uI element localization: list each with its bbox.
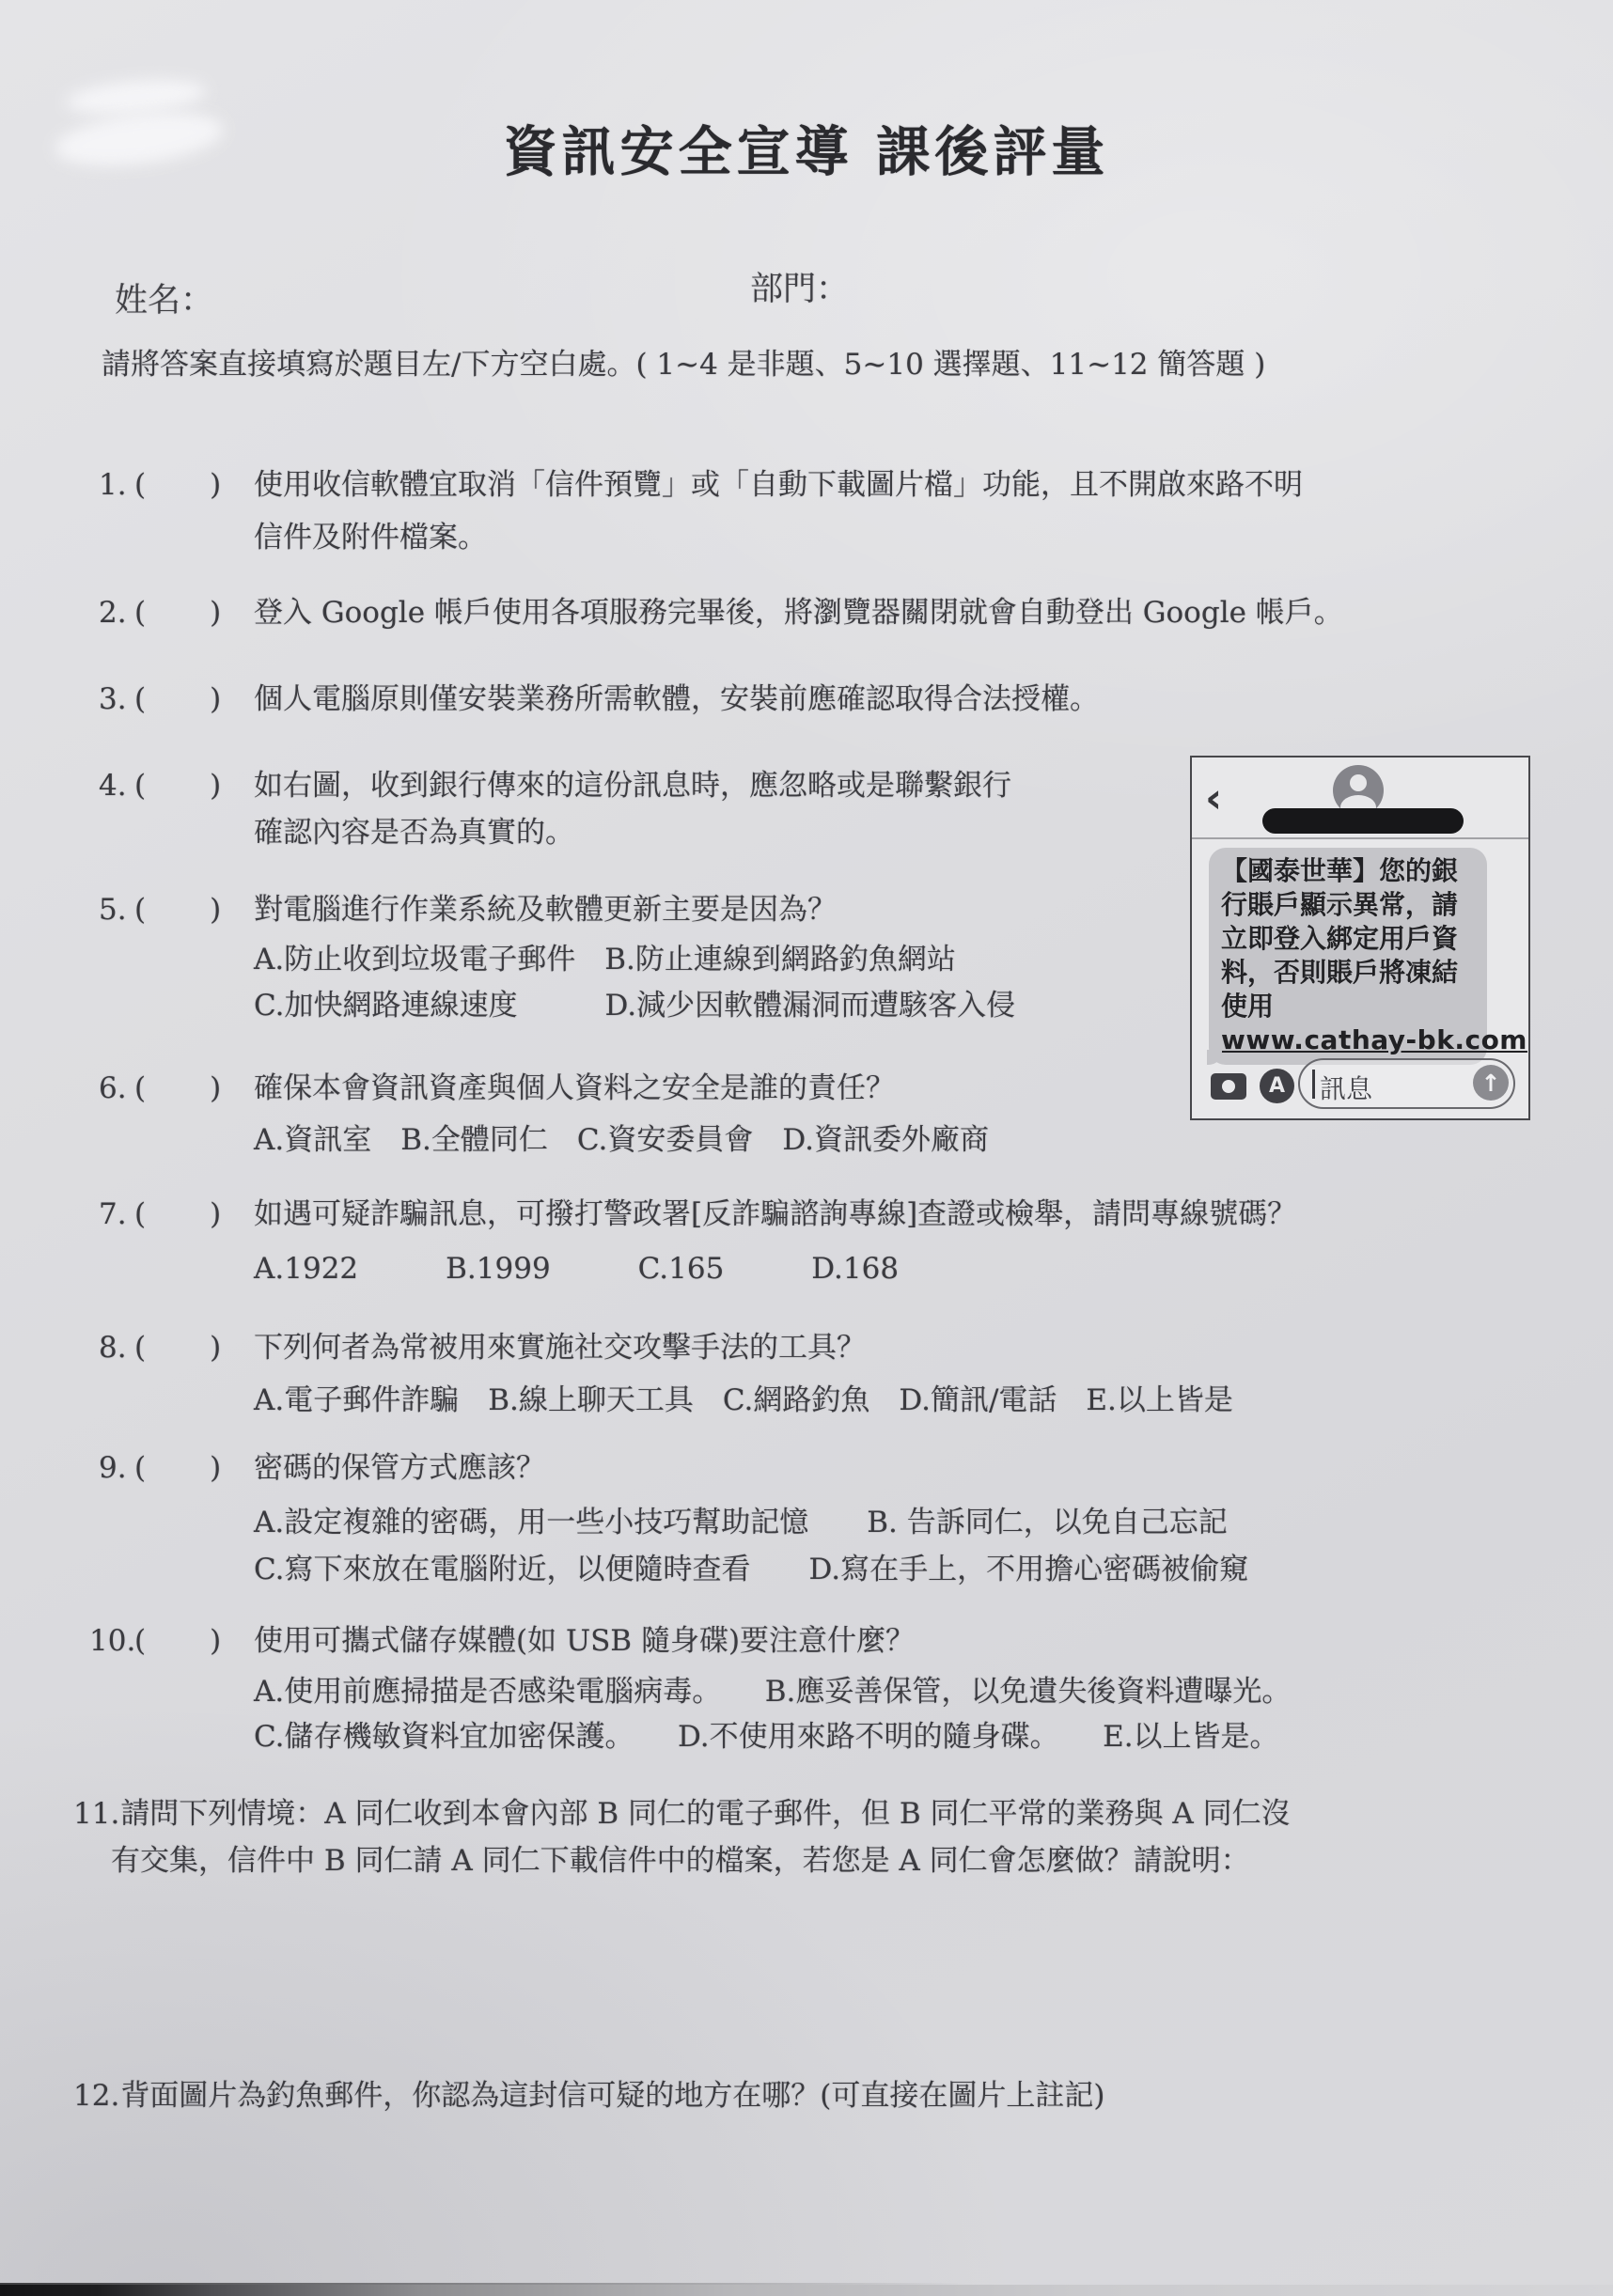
option-line: C.寫下來放在電腦附近，以便隨時查看 D.寫在手上，不用擔心密碼被偷窺	[254, 1553, 1248, 1587]
document-content: 資訊安全宣導 課後評量 姓名： 部門： 請將答案直接填寫於題目左/下方空白處。(…	[0, 0, 1613, 2296]
question-12: 12. 背面圖片為釣魚郵件，你認為這封信可疑的地方在哪？(可直接在圖片上註記)	[73, 2079, 1105, 2114]
instructions-text: 請將答案直接填寫於題目左/下方空白處。( 1~4 是非題、5~10 選擇題、11…	[102, 340, 1265, 383]
question-number: 10.	[89, 1624, 134, 1659]
question-text: 如遇可疑詐騙訊息，可撥打警政署[反詐騙諮詢專線]查證或檢舉，請問專線號碼？	[254, 1197, 1296, 1232]
camera-lens	[1222, 1080, 1235, 1093]
answer-blank: ( )	[134, 468, 254, 503]
question-number: 4.	[99, 769, 134, 804]
question-5: 5. ( ) 對電腦進行作業系統及軟體更新主要是因為？ A.防止收到垃圾電子郵件…	[99, 893, 1015, 1023]
answer-blank: ( )	[134, 1624, 254, 1659]
question-number: 1.	[99, 468, 134, 503]
question-text: 密碼的保管方式應該？	[254, 1451, 545, 1486]
question-text: 使用收信軟體宜取消「信件預覽」或「自動下載圖片檔」功能，且不開啟來路不明	[254, 468, 1303, 503]
message-input-placeholder: 訊息	[1320, 1069, 1372, 1106]
option-line: C.儲存機敏資料宜加密保護。 D.不使用來路不明的隨身碟。 E.以上皆是。	[254, 1720, 1291, 1755]
answer-blank: ( )	[134, 1071, 254, 1106]
phone-screenshot: ‹ 【國泰世華】您的銀 行賬戶顯示異常，請 立即登入綁定用戶資 料，否則賬戶將凍…	[1190, 756, 1530, 1120]
send-button: ↑	[1473, 1065, 1509, 1101]
option-line: A.1922 B.1999 C.165 D.168	[254, 1252, 1296, 1287]
question-number: 7.	[99, 1197, 134, 1232]
question-text: 背面圖片為釣魚郵件，你認為這封信可疑的地方在哪？(可直接在圖片上註記)	[120, 2079, 1104, 2114]
phishing-link: www.cathay-bk.com	[1221, 1023, 1475, 1057]
back-icon: ‹	[1205, 778, 1222, 820]
option-line: A.電子郵件詐騙 B.線上聊天工具 C.網路釣魚 D.簡訊/電話 E.以上皆是	[254, 1383, 1233, 1418]
question-number: 3.	[99, 682, 134, 717]
question-number: 2.	[99, 596, 134, 631]
divider	[1192, 837, 1528, 839]
send-arrow-icon: ↑	[1481, 1070, 1501, 1097]
department-label: 部門：	[750, 263, 849, 310]
redacted-phone-number	[1262, 808, 1464, 834]
question-text: 登入 Google 帳戶使用各項服務完畢後，將瀏覽器關閉就會自動登出 Googl…	[254, 596, 1343, 631]
answer-blank: ( )	[134, 769, 254, 804]
sms-text-line: 使用	[1221, 990, 1475, 1023]
question-2: 2. ( ) 登入 Google 帳戶使用各項服務完畢後，將瀏覽器關閉就會自動登…	[99, 596, 1343, 631]
option-line: A.防止收到垃圾電子郵件 B.防止連線到網路釣魚網站	[254, 943, 1015, 977]
sms-text-line: 料，否則賬戶將凍結	[1221, 956, 1475, 990]
message-input: 訊息 ↑	[1298, 1058, 1515, 1109]
question-11: 11. 請問下列情境：A 同仁收到本會內部 B 同仁的電子郵件，但 B 同仁平常…	[73, 1797, 1291, 1879]
question-number: 5.	[99, 893, 134, 928]
question-text: 使用可攜式儲存媒體(如 USB 隨身碟)要注意什麼？	[254, 1624, 915, 1659]
answer-blank: ( )	[134, 893, 254, 928]
question-number: 6.	[99, 1071, 134, 1106]
question-text: 確保本會資訊資產與個人資料之安全是誰的責任？	[254, 1071, 895, 1106]
question-text: 有交集，信件中 B 同仁請 A 同仁下載信件中的檔案，若您是 A 同仁會怎麼做？…	[111, 1844, 1291, 1879]
camera-icon	[1211, 1073, 1246, 1100]
page-bottom-edge	[0, 2285, 1613, 2296]
option-line: A.設定複雜的密碼，用一些小技巧幫助記憶 B. 告訴同仁，以免自己忘記	[254, 1506, 1248, 1540]
answer-blank: ( )	[134, 596, 254, 631]
question-text: 如右圖，收到銀行傳來的這份訊息時，應忽略或是聯繫銀行	[254, 769, 1011, 804]
option-line: C.加快網路連線速度 D.減少因軟體漏洞而遭駭客入侵	[254, 989, 1015, 1023]
sms-text-line: 【國泰世華】您的銀	[1221, 854, 1475, 888]
question-text: 個人電腦原則僅安裝業務所需軟體，安裝前應確認取得合法授權。	[254, 682, 1099, 717]
question-1: 1. ( ) 使用收信軟體宜取消「信件預覽」或「自動下載圖片檔」功能，且不開啟來…	[99, 468, 1303, 555]
sms-bubble: 【國泰世華】您的銀 行賬戶顯示異常，請 立即登入綁定用戶資 料，否則賬戶將凍結 …	[1209, 848, 1487, 1065]
question-text: 對電腦進行作業系統及軟體更新主要是因為？	[254, 893, 837, 928]
name-label: 姓名：	[115, 274, 213, 321]
question-4: 4. ( ) 如右圖，收到銀行傳來的這份訊息時，應忽略或是聯繫銀行 確認內容是否…	[99, 769, 1011, 851]
question-text: 確認內容是否為真實的。	[254, 816, 1011, 851]
question-10: 10. ( ) 使用可攜式儲存媒體(如 USB 隨身碟)要注意什麼？ A.使用前…	[89, 1624, 1291, 1755]
option-line: A.使用前應掃描是否感染電腦病毒。 B.應妥善保管，以免遺失後資料遭曝光。	[254, 1675, 1291, 1710]
question-number: 12.	[73, 2079, 119, 2114]
question-text: 請問下列情境：A 同仁收到本會內部 B 同仁的電子郵件，但 B 同仁平常的業務與…	[120, 1797, 1290, 1832]
question-9: 9. ( ) 密碼的保管方式應該？ A.設定複雜的密碼，用一些小技巧幫助記憶 B…	[99, 1451, 1248, 1587]
answer-blank: ( )	[134, 682, 254, 717]
app-store-letter: A	[1269, 1074, 1285, 1098]
question-7: 7. ( ) 如遇可疑詐騙訊息，可撥打警政署[反詐騙諮詢專線]查證或檢舉，請問專…	[99, 1197, 1296, 1287]
page-title: 資訊安全宣導 課後評量	[0, 109, 1613, 186]
question-6: 6. ( ) 確保本會資訊資產與個人資料之安全是誰的責任？ A.資訊室 B.全體…	[99, 1071, 989, 1158]
app-store-icon: A	[1260, 1069, 1294, 1103]
question-number: 9.	[99, 1451, 134, 1486]
answer-blank: ( )	[134, 1197, 254, 1232]
sms-text-line: 立即登入綁定用戶資	[1221, 922, 1475, 956]
question-text: 下列何者為常被用來實施社交攻擊手法的工具？	[254, 1331, 866, 1366]
avatar-head	[1350, 774, 1367, 791]
answer-blank: ( )	[134, 1331, 254, 1366]
question-number: 8.	[99, 1331, 134, 1366]
sms-text-line: 行賬戶顯示異常，請	[1221, 888, 1475, 922]
text-cursor-icon	[1312, 1070, 1315, 1099]
question-text: 信件及附件檔案。	[254, 521, 1303, 555]
question-8: 8. ( ) 下列何者為常被用來實施社交攻擊手法的工具？ A.電子郵件詐騙 B.…	[99, 1331, 1233, 1418]
question-3: 3. ( ) 個人電腦原則僅安裝業務所需軟體，安裝前應確認取得合法授權。	[99, 682, 1099, 717]
answer-blank: ( )	[134, 1451, 254, 1486]
question-number: 11.	[73, 1797, 119, 1832]
option-line: A.資訊室 B.全體同仁 C.資安委員會 D.資訊委外廠商	[254, 1123, 989, 1158]
